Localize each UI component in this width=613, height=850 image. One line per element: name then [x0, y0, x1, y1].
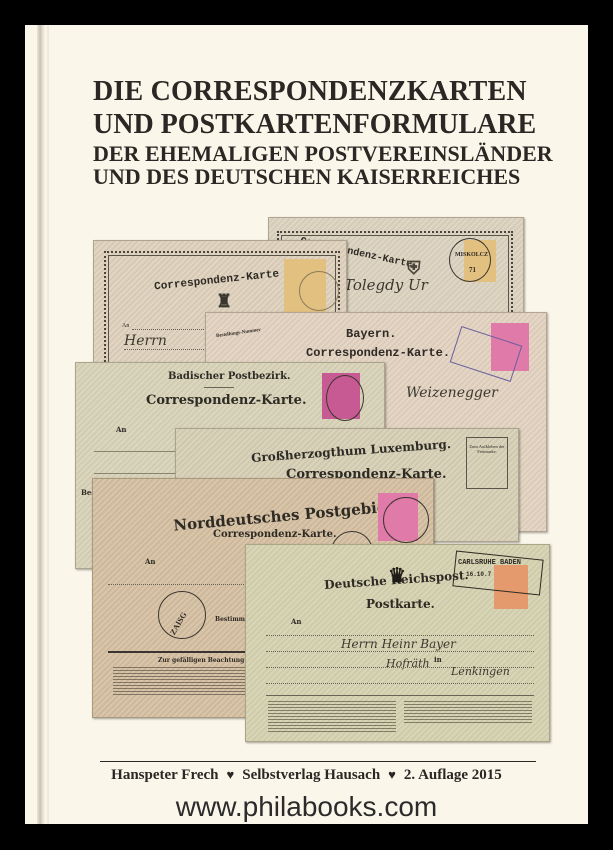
postmark-date: 16.10.7 [466, 571, 491, 578]
handwriting: Tolegdy Ur [344, 276, 428, 294]
card-title: Postkarte. [366, 597, 435, 611]
label-an: An [116, 425, 127, 434]
card-region: Badischer Postbezirk. [168, 371, 291, 382]
handwriting: Herrn [124, 333, 167, 349]
postmark-miskolcz [449, 238, 491, 282]
postmark-text: CARLSRUHE BADEN [458, 559, 521, 567]
postcard-reichspost: Deutsche Reichspost. ♛ Postkarte. CARLSR… [245, 544, 550, 742]
edition: 2. Auflage 2015 [404, 767, 502, 783]
stamp-box-text: Zum Aufkleben der Freimarke. [469, 444, 505, 454]
title-line-1: DIE CORRESPONDENZKARTEN [93, 76, 588, 108]
divider [266, 695, 534, 696]
card-title: Correspondenz-Karte. [146, 393, 306, 408]
postmark [299, 271, 339, 311]
handwriting: Hofräth [386, 657, 430, 670]
label-an: An [122, 323, 129, 329]
eagle-icon: ♛ [388, 563, 406, 588]
author: Hanspeter Frech [111, 767, 218, 783]
small-label: Bestellungs-Nummer [216, 328, 261, 339]
divider [204, 387, 234, 388]
address-line [266, 651, 534, 652]
label-in: in [434, 655, 442, 664]
fine-print [268, 701, 396, 733]
watermark-url: www.philabooks.com [25, 791, 588, 823]
subtitle-line-2: UND DES DEUTSCHEN KAISERREICHES [93, 164, 588, 190]
book-cover: DIE CORRESPONDENZKARTEN UND POSTKARTENFO… [25, 25, 588, 824]
label-an: An [145, 557, 156, 566]
address-line [108, 584, 268, 585]
heart-icon: ♥ [388, 767, 396, 782]
fine-print [404, 701, 532, 723]
divider [108, 651, 268, 653]
card-region: Großherzogthum Luxemburg. [251, 437, 452, 465]
heart-icon: ♥ [227, 767, 235, 782]
card-title: Correspondenz-Karte. [306, 346, 450, 360]
publisher: Selbstverlag Hausach [242, 767, 380, 783]
card-region: Bayern. [346, 327, 396, 341]
address-line [266, 683, 534, 684]
double-eagle-icon: ♜ [216, 291, 232, 312]
handwriting: Herrn Heinr Bayer [341, 637, 456, 651]
address-line [266, 635, 534, 636]
label-an: An [291, 617, 302, 626]
spine-crease [37, 25, 45, 824]
postmark [383, 497, 429, 543]
postmark [326, 375, 364, 421]
postmark-date: 71 [469, 266, 476, 274]
handwriting: Lenkingen [451, 665, 510, 678]
postmark-text: MISKOLCZ [455, 252, 488, 258]
handwriting: Weizenegger [406, 385, 498, 401]
card-title: Correspondenz-Karte. [213, 529, 336, 540]
notice-heading: Zur gefälligen Beachtung [158, 657, 244, 664]
footer-rule [100, 761, 536, 762]
title-line-2: UND POSTKARTENFORMULARE [93, 109, 588, 141]
footer: Hanspeter Frech♥Selbstverlag Hausach♥2. … [25, 767, 588, 784]
stamp-box: Zum Aufkleben der Freimarke. [466, 437, 508, 489]
spine-highlight [47, 25, 49, 824]
